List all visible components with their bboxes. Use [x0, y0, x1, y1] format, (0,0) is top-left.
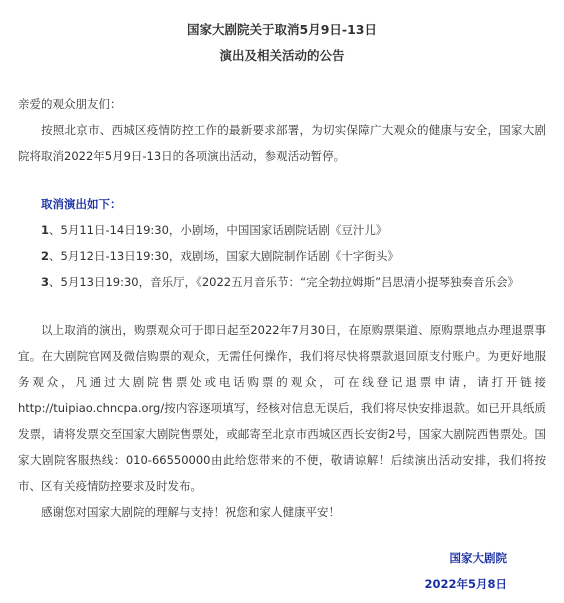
paragraph-1: 按照北京市、西城区疫情防控工作的最新要求部署，为切实保障广大观众的健康与安全，国…	[18, 117, 546, 169]
list-heading: 取消演出如下：	[18, 191, 546, 217]
list-number: 3	[41, 275, 49, 289]
list-item-2: 2、5月12日-13日19:30，戏剧场，国家大剧院制作话剧《十字街头》	[18, 243, 546, 269]
announcement-page: 国家大剧院关于取消5月9日-13日 演出及相关活动的公告 亲爱的观众朋友们： 按…	[0, 0, 564, 603]
title-line-2: 演出及相关活动的公告	[0, 43, 564, 69]
list-text: 、5月13日19:30，音乐厅，《2022五月音乐节：“完全勃拉姆斯”吕思清小提…	[49, 275, 519, 289]
paragraph-2: 以上取消的演出，购票观众可于即日起至2022年7月30日，在原购票渠道、原购票地…	[18, 317, 546, 499]
list-number: 2	[41, 249, 49, 263]
announcement-body: 亲爱的观众朋友们： 按照北京市、西城区疫情防控工作的最新要求部署，为切实保障广大…	[18, 91, 546, 169]
refund-section: 以上取消的演出，购票观众可于即日起至2022年7月30日，在原购票渠道、原购票地…	[18, 317, 546, 525]
list-item-3: 3、5月13日19:30，音乐厅，《2022五月音乐节：“完全勃拉姆斯”吕思清小…	[18, 269, 546, 295]
list-item-1: 1、5月11日-14日19:30，小剧场，中国国家话剧院话剧《豆汁儿》	[18, 217, 546, 243]
title-line-1: 国家大剧院关于取消5月9日-13日	[0, 17, 564, 43]
list-text: 、5月11日-14日19:30，小剧场，中国国家话剧院话剧《豆汁儿》	[49, 223, 387, 237]
signature-date: 2022年5月8日	[424, 571, 507, 597]
signature-org: 国家大剧院	[450, 545, 508, 571]
closing: 感谢您对国家大剧院的理解与支持！祝您和家人健康平安！	[18, 499, 546, 525]
list-text: 、5月12日-13日19:30，戏剧场，国家大剧院制作话剧《十字街头》	[49, 249, 399, 263]
greeting: 亲爱的观众朋友们：	[18, 91, 546, 117]
list-number: 1	[41, 223, 49, 237]
cancelled-shows-section: 取消演出如下： 1、5月11日-14日19:30，小剧场，中国国家话剧院话剧《豆…	[18, 191, 546, 295]
